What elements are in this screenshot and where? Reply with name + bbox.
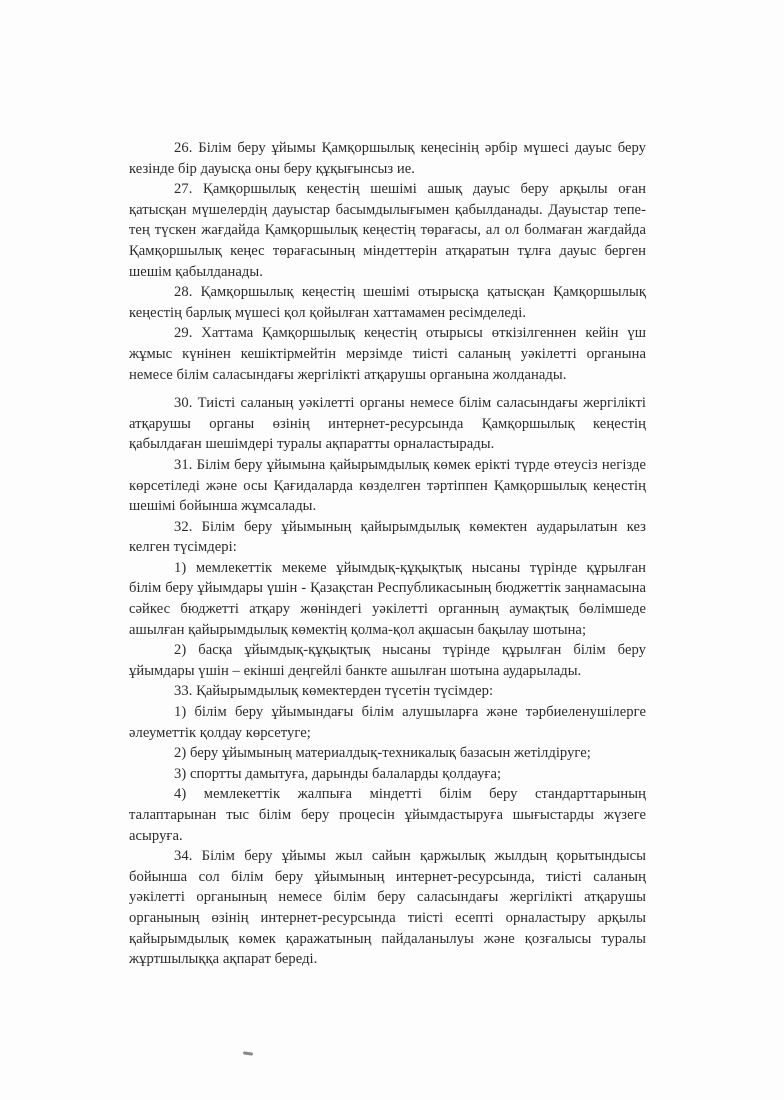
paragraph-33-item-1: 1) білім беру ұйымындағы білім алушыларғ…	[129, 702, 646, 743]
paragraph-33-item-3: 3) спортты дамытуға, дарынды балаларды қ…	[129, 764, 646, 785]
paragraph-33-item-2: 2) беру ұйымының материалдық-техникалық …	[129, 743, 646, 764]
paragraph-32: 32. Білім беру ұйымының қайырымдылық көм…	[129, 517, 646, 558]
document-page: 26. Білім беру ұйымы Қамқоршылық кеңесін…	[129, 138, 646, 970]
scan-artifact-mark	[243, 1051, 253, 1055]
paragraph-33-item-4: 4) мемлекеттік жалпыға міндетті білім бе…	[129, 784, 646, 846]
paragraph-30: 30. Тиісті саланың уәкілетті органы неме…	[129, 393, 646, 455]
paragraph-29: 29. Хаттама Қамқоршылық кеңестің отырысы…	[129, 323, 646, 385]
paragraph-34: 34. Білім беру ұйымы жыл сайын қаржылық …	[129, 846, 646, 970]
paragraph-28: 28. Қамқоршылық кеңестің шешімі отырысқа…	[129, 282, 646, 323]
paragraph-33: 33. Қайырымдылық көмектерден түсетін түс…	[129, 681, 646, 702]
paragraph-32-item-2: 2) басқа ұйымдық-құқықтық нысаны түрінде…	[129, 640, 646, 681]
paragraph-31: 31. Білім беру ұйымына қайырымдылық көме…	[129, 455, 646, 517]
paragraph-26: 26. Білім беру ұйымы Қамқоршылық кеңесін…	[129, 138, 646, 179]
paragraph-32-item-1: 1) мемлекеттік мекеме ұйымдық-құқықтық н…	[129, 558, 646, 640]
paragraph-27: 27. Қамқоршылық кеңестің шешімі ашық дау…	[129, 179, 646, 282]
